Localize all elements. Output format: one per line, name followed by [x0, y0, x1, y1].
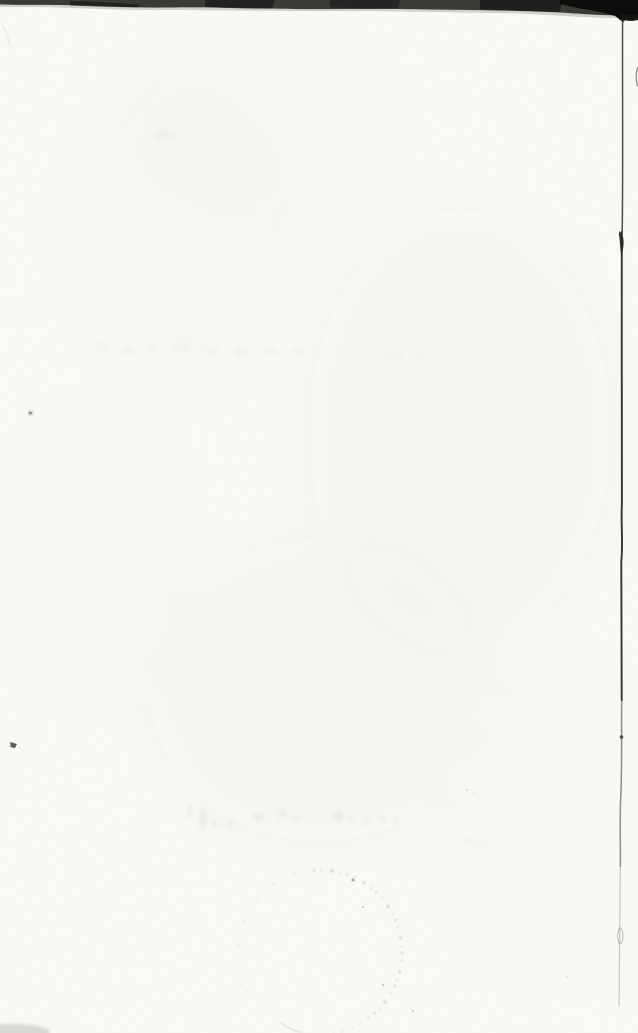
scan-artifacts-layer — [0, 0, 638, 1033]
scanned-blank-page — [0, 0, 638, 1033]
